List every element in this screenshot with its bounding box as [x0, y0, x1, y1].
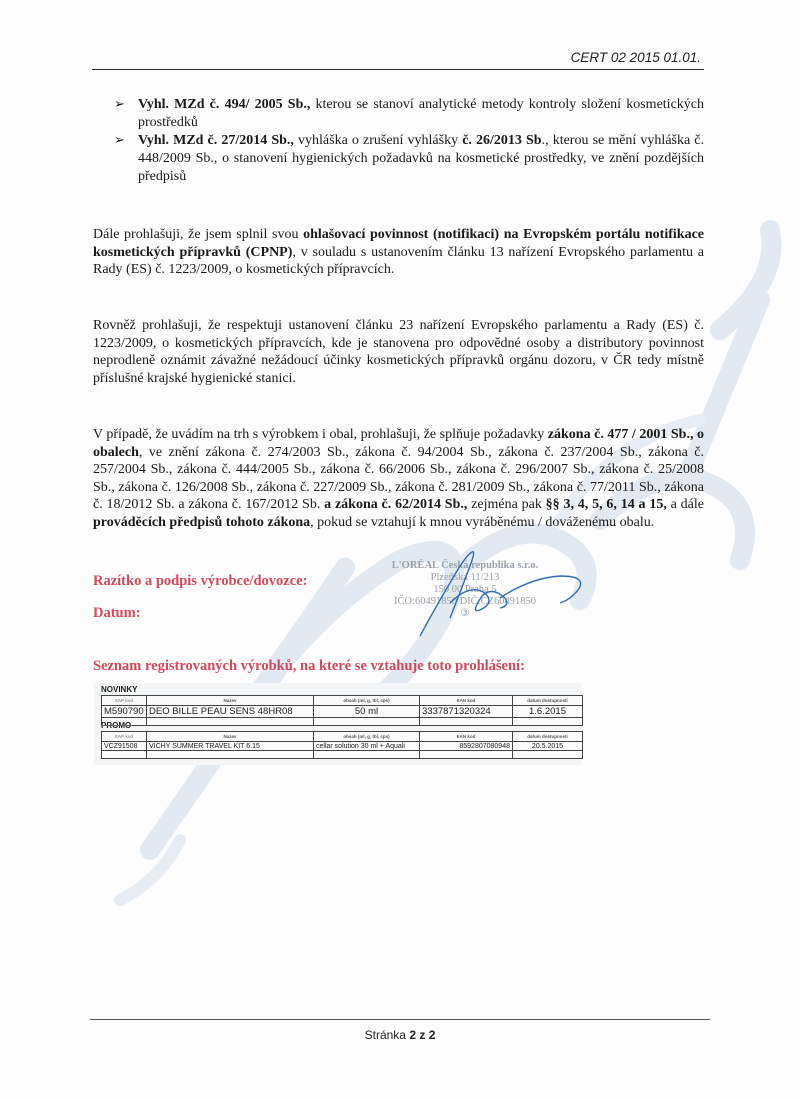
cpnp-declaration-paragraph: Dále prohlašuji, že jsem splnil svou ohl…	[93, 226, 704, 279]
regulation-item: ➢ Vyhl. MZd č. 27/2014 Sb., vyhláška o z…	[114, 132, 704, 186]
section-label-novinky: NOVINKY	[101, 685, 137, 694]
cell-content: 50 ml	[314, 706, 420, 718]
packaging-declaration-paragraph: V případě, že uvádím na trh s výrobkem i…	[93, 426, 704, 531]
section-label-promo: PROMO	[101, 721, 131, 730]
paragraph-bold: a zákona č. 62/2014 Sb.,	[324, 497, 467, 512]
cell-name: DEO BILLE PEAU SENS 48HR08	[147, 706, 314, 718]
date-label: Datum:	[93, 605, 141, 622]
col-header-content: obsah (ml, g, tbl, cps)	[314, 732, 420, 742]
page-current: 2	[409, 1028, 416, 1042]
paragraph-text: Dále prohlašuji, že jsem splnil svou	[93, 227, 303, 242]
handwritten-signature	[410, 548, 590, 638]
col-header-sap: SAP kod	[102, 696, 147, 706]
paragraph-bold: prováděcích předpisů tohoto zákona	[93, 515, 310, 530]
page-separator: z	[416, 1028, 429, 1042]
col-header-sap: SAP kod	[102, 732, 147, 742]
paragraph-text: V případě, že uvádím na trh s výrobkem i…	[93, 427, 548, 442]
novinky-table: SAP kod Nazev obsah (ml, g, tbl, cps) EA…	[101, 695, 583, 726]
document-page: CERT 02 2015 01.01. ➢ Vyhl. MZd č. 494/ …	[0, 0, 800, 1100]
page-total: 2	[429, 1028, 436, 1042]
product-list-title: Seznam registrovaných výrobků, na které …	[93, 658, 525, 675]
document-code: CERT 02 2015 01.01.	[571, 50, 701, 65]
cell-ean: 3337871320324	[420, 706, 513, 718]
paragraph-text: a dále	[667, 497, 704, 512]
cell-sap: VCZ91508	[102, 742, 147, 751]
article23-declaration-paragraph: Rovněž prohlašuji, že respektuji ustanov…	[93, 317, 704, 387]
col-header-name: Nazev	[147, 696, 314, 706]
col-header-content: obsah (ml, g, tbl, cps)	[314, 696, 420, 706]
paragraph-text: , pokud se vztahují k mnou vyráběnému / …	[310, 515, 654, 530]
regulation-ref: Vyhl. MZd č. 494/ 2005 Sb.,	[138, 97, 310, 112]
product-table-scan: NOVINKY SAP kod Nazev obsah (ml, g, tbl,…	[94, 683, 582, 765]
arrow-bullet-icon: ➢	[114, 96, 125, 114]
paragraph-bold: §§ 3, 4, 5, 6, 14 a 15,	[546, 497, 667, 512]
paragraph-text: zejména pak	[467, 497, 545, 512]
regulation-text: vyhláška o zrušení vyhlášky	[294, 133, 462, 148]
col-header-date: datum dostupnosti	[513, 732, 583, 742]
cell-date: 20.5.2015	[513, 742, 583, 751]
table-row: M590790 DEO BILLE PEAU SENS 48HR08 50 ml…	[102, 706, 583, 718]
arrow-bullet-icon: ➢	[114, 132, 125, 150]
cell-content: cellar solution 30 ml + Aquali	[314, 742, 420, 751]
col-header-ean: EAN kod	[420, 696, 513, 706]
page-number: Stránka 2 z 2	[0, 1028, 800, 1042]
footer-divider	[90, 1019, 710, 1020]
paragraph-text: Rovněž prohlašuji, že respektuji ustanov…	[93, 318, 704, 386]
table-row-empty	[102, 751, 583, 759]
table-header-row: SAP kod Nazev obsah (ml, g, tbl, cps) EA…	[102, 696, 583, 706]
cell-ean: 8592807080948	[420, 742, 513, 751]
table-row: VCZ91508 VICHY SUMMER TRAVEL KIT 6.15 ce…	[102, 742, 583, 751]
regulation-ref: č. 26/2013 Sb	[462, 133, 541, 148]
regulation-ref: Vyhl. MZd č. 27/2014 Sb.,	[138, 133, 294, 148]
cell-date: 1.6.2015	[513, 706, 583, 718]
col-header-ean: EAN kod	[420, 732, 513, 742]
col-header-date: datum dostupnosti	[513, 696, 583, 706]
promo-table: SAP kod Nazev obsah (ml, g, tbl, cps) EA…	[101, 731, 583, 759]
header-divider	[92, 69, 704, 70]
page-prefix: Stránka	[365, 1028, 410, 1042]
regulation-item: ➢ Vyhl. MZd č. 494/ 2005 Sb., kterou se …	[114, 96, 704, 132]
col-header-name: Nazev	[147, 732, 314, 742]
cell-sap: M590790	[102, 706, 147, 718]
cell-name: VICHY SUMMER TRAVEL KIT 6.15	[147, 742, 314, 751]
table-header-row: SAP kod Nazev obsah (ml, g, tbl, cps) EA…	[102, 732, 583, 742]
regulation-list: ➢ Vyhl. MZd č. 494/ 2005 Sb., kterou se …	[114, 96, 704, 186]
table-row-empty	[102, 718, 583, 726]
stamp-signature-label: Razítko a podpis výrobce/dovozce:	[93, 573, 307, 590]
